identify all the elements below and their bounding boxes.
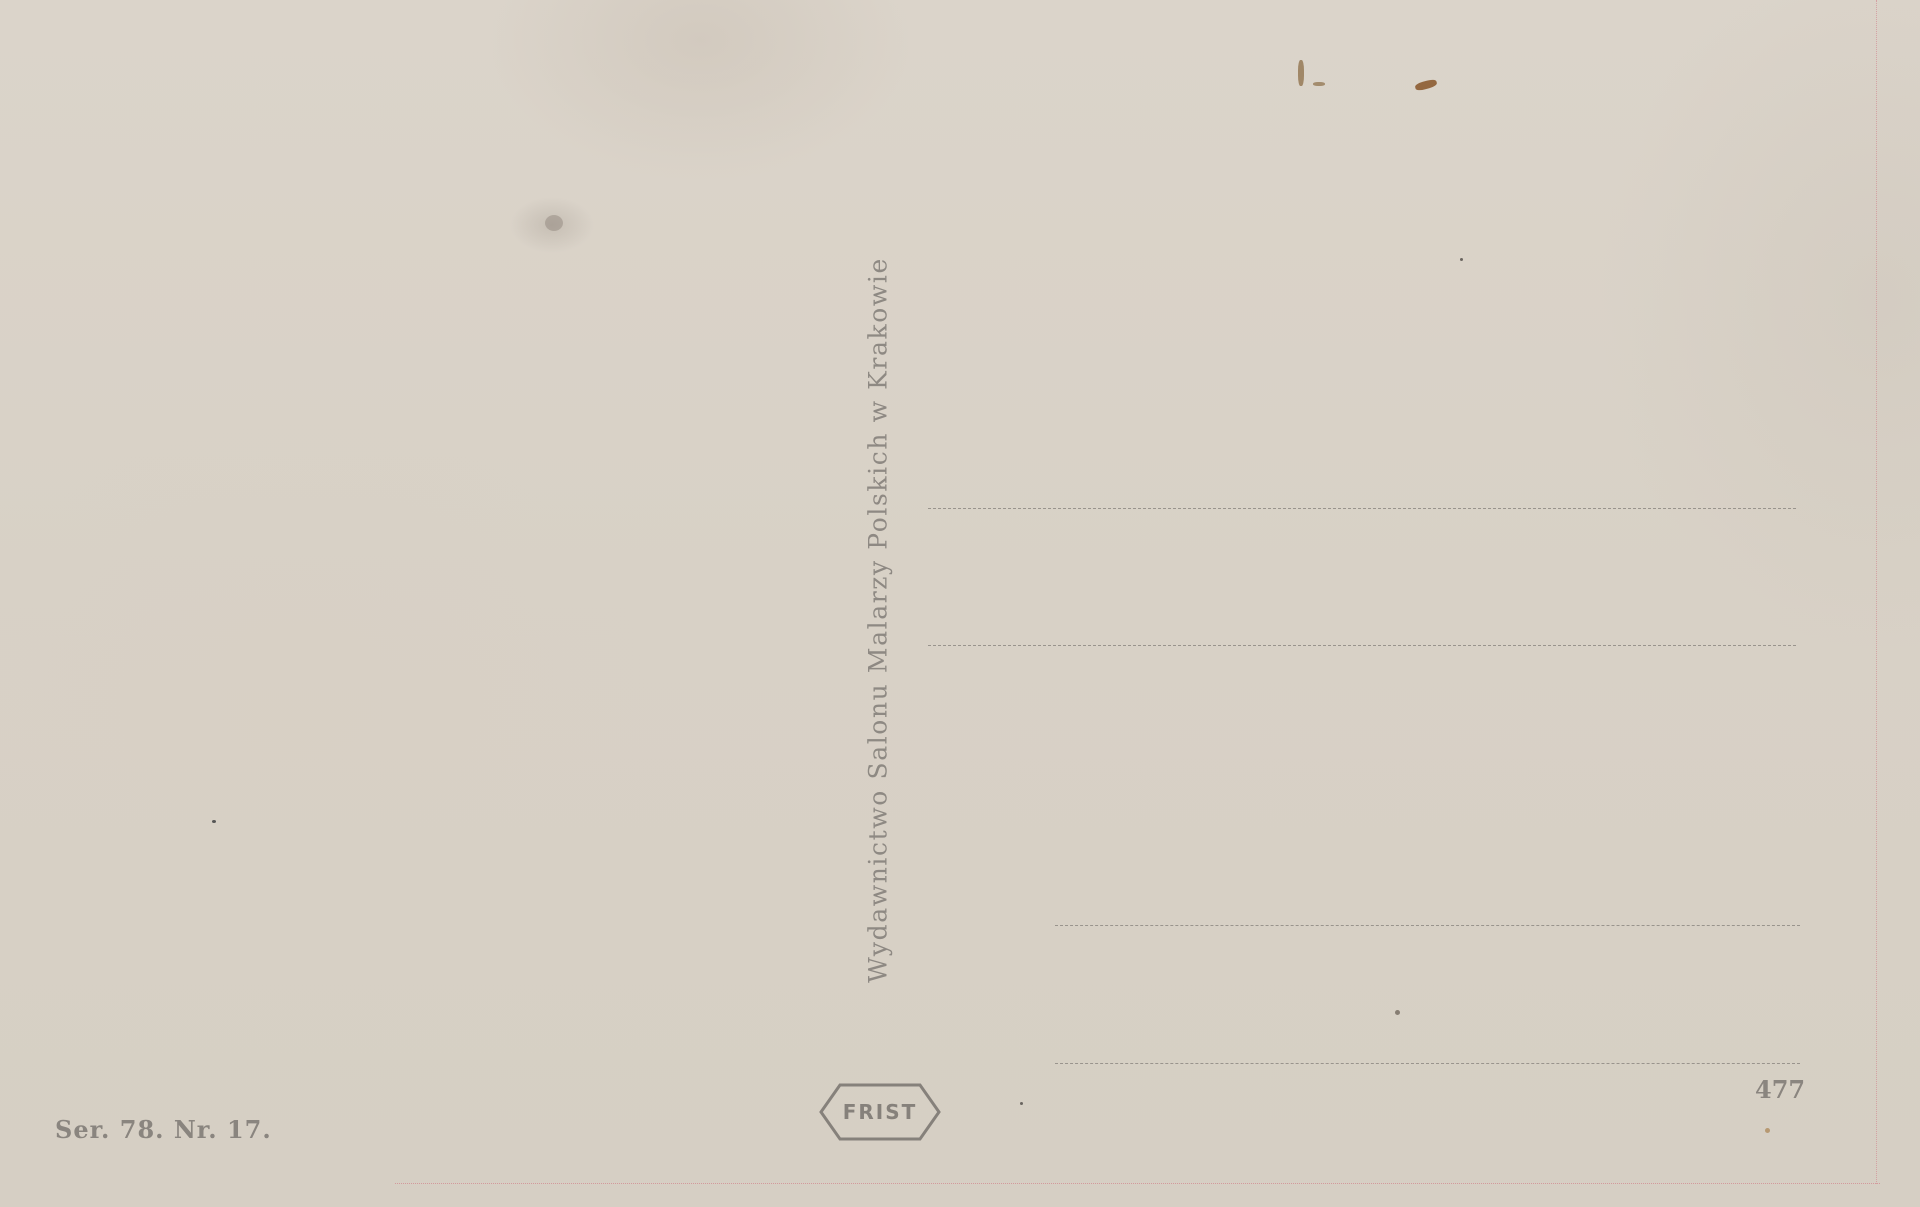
paper-speck	[1020, 1102, 1023, 1105]
ink-stain	[1298, 60, 1304, 86]
paper-spot	[545, 215, 563, 231]
logo-text: FRIST	[818, 1082, 942, 1142]
address-line-4	[1055, 1063, 1800, 1064]
border-line-right	[1876, 0, 1877, 1184]
address-line-3	[1055, 925, 1800, 926]
publisher-text: Wydawnictwo Salonu Malarzy Polskich w Kr…	[864, 257, 893, 983]
paper-speck	[1765, 1128, 1770, 1133]
series-label: Ser. 78. Nr. 17.	[55, 1115, 272, 1144]
ink-stain	[1414, 78, 1437, 91]
paper-speck	[212, 820, 216, 823]
paper-speck	[1460, 258, 1463, 261]
print-number: 477	[1755, 1075, 1805, 1104]
ink-stain	[1313, 82, 1325, 86]
publisher-logo: FRIST	[818, 1082, 942, 1142]
paper-speck	[1395, 1010, 1400, 1015]
postcard-back: Wydawnictwo Salonu Malarzy Polskich w Kr…	[0, 0, 1920, 1207]
address-line-1	[928, 508, 1796, 509]
address-line-2	[928, 645, 1796, 646]
border-line-bottom	[395, 1183, 1880, 1184]
